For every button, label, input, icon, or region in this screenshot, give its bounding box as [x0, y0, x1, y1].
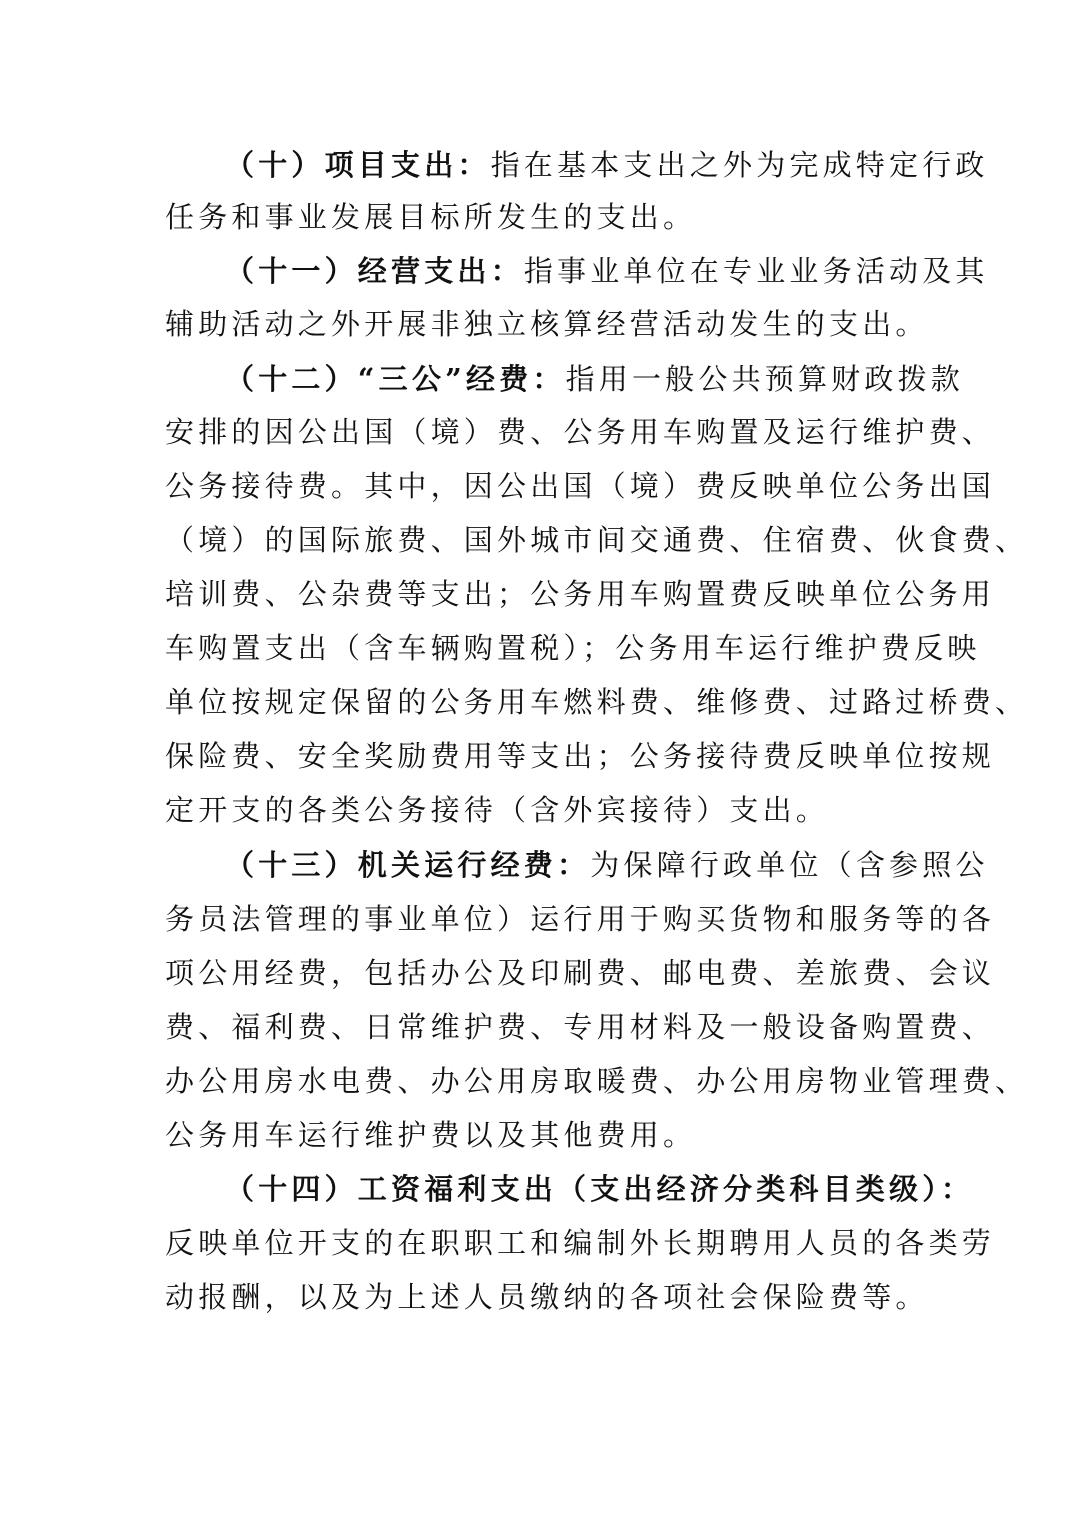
term-heading: （十四）工资福利支出（支出经济分类科目类级）	[225, 1172, 941, 1206]
paragraph-10-line-1: （十）项目支出：指在基本支出之外为完成特定行政	[225, 138, 1005, 192]
paragraph-13-line-2: 务员法管理的事业单位）运行用于购买货物和服务等的各	[165, 892, 945, 946]
paragraph-14-line-3: 动报酬，以及为上述人员缴纳的各项社会保险费等。	[165, 1270, 945, 1324]
paragraph-12-line-9: 定开支的各类公务接待（含外宾接待）支出。	[165, 783, 945, 837]
term-heading: （十）项目支出	[225, 148, 457, 182]
paragraph-10-line-2: 任务和事业发展目标所发生的支出。	[165, 190, 945, 244]
paragraph-13-line-4: 费、福利费、日常维护费、专用材料及一般设备购置费、	[165, 1000, 945, 1054]
paragraph-11-line-1: （十一）经营支出：指事业单位在专业业务活动及其	[225, 244, 1005, 298]
paragraph-12-line-1: （十二）“三公”经费：指用一般公共预算财政拨款	[225, 352, 1005, 406]
term-heading: （十二）“三公”经费	[225, 362, 532, 396]
document-page: （十）项目支出：指在基本支出之外为完成特定行政 任务和事业发展目标所发生的支出。…	[0, 0, 1074, 1520]
term-heading: （十三）机关运行经费	[225, 848, 557, 882]
paragraph-13-line-3: 项公用经费，包括办公及印刷费、邮电费、差旅费、会议	[165, 946, 945, 1000]
paragraph-12-line-5: 培训费、公杂费等支出；公务用车购置费反映单位公务用	[165, 567, 945, 621]
paragraph-12-line-2: 安排的因公出国（境）费、公务用车购置及运行维护费、	[165, 405, 945, 459]
paragraph-13-line-1: （十三）机关运行经费：为保障行政单位（含参照公	[225, 838, 1005, 892]
paragraph-12-line-6: 车购置支出（含车辆购置税）；公务用车运行维护费反映	[165, 621, 945, 675]
paragraph-11-line-2: 辅助活动之外开展非独立核算经营活动发生的支出。	[165, 297, 945, 351]
paragraph-12-line-7: 单位按规定保留的公务用车燃料费、维修费、过路过桥费、	[165, 675, 945, 729]
paragraph-13-line-6: 公务用车运行维护费以及其他费用。	[165, 1108, 945, 1162]
paragraph-12-line-8: 保险费、安全奖励费用等支出；公务接待费反映单位按规	[165, 729, 945, 783]
paragraph-14-line-1: （十四）工资福利支出（支出经济分类科目类级）：	[225, 1162, 1005, 1216]
paragraph-13-line-5: 办公用房水电费、办公用房取暖费、办公用房物业管理费、	[165, 1054, 945, 1108]
paragraph-14-line-2: 反映单位开支的在职职工和编制外长期聘用人员的各类劳	[165, 1216, 945, 1270]
term-heading: （十一）经营支出	[225, 254, 491, 288]
paragraph-12-line-3: 公务接待费。其中，因公出国（境）费反映单位公务出国	[165, 459, 945, 513]
paragraph-12-line-4: （境）的国际旅费、国外城市间交通费、住宿费、伙食费、	[165, 513, 945, 567]
